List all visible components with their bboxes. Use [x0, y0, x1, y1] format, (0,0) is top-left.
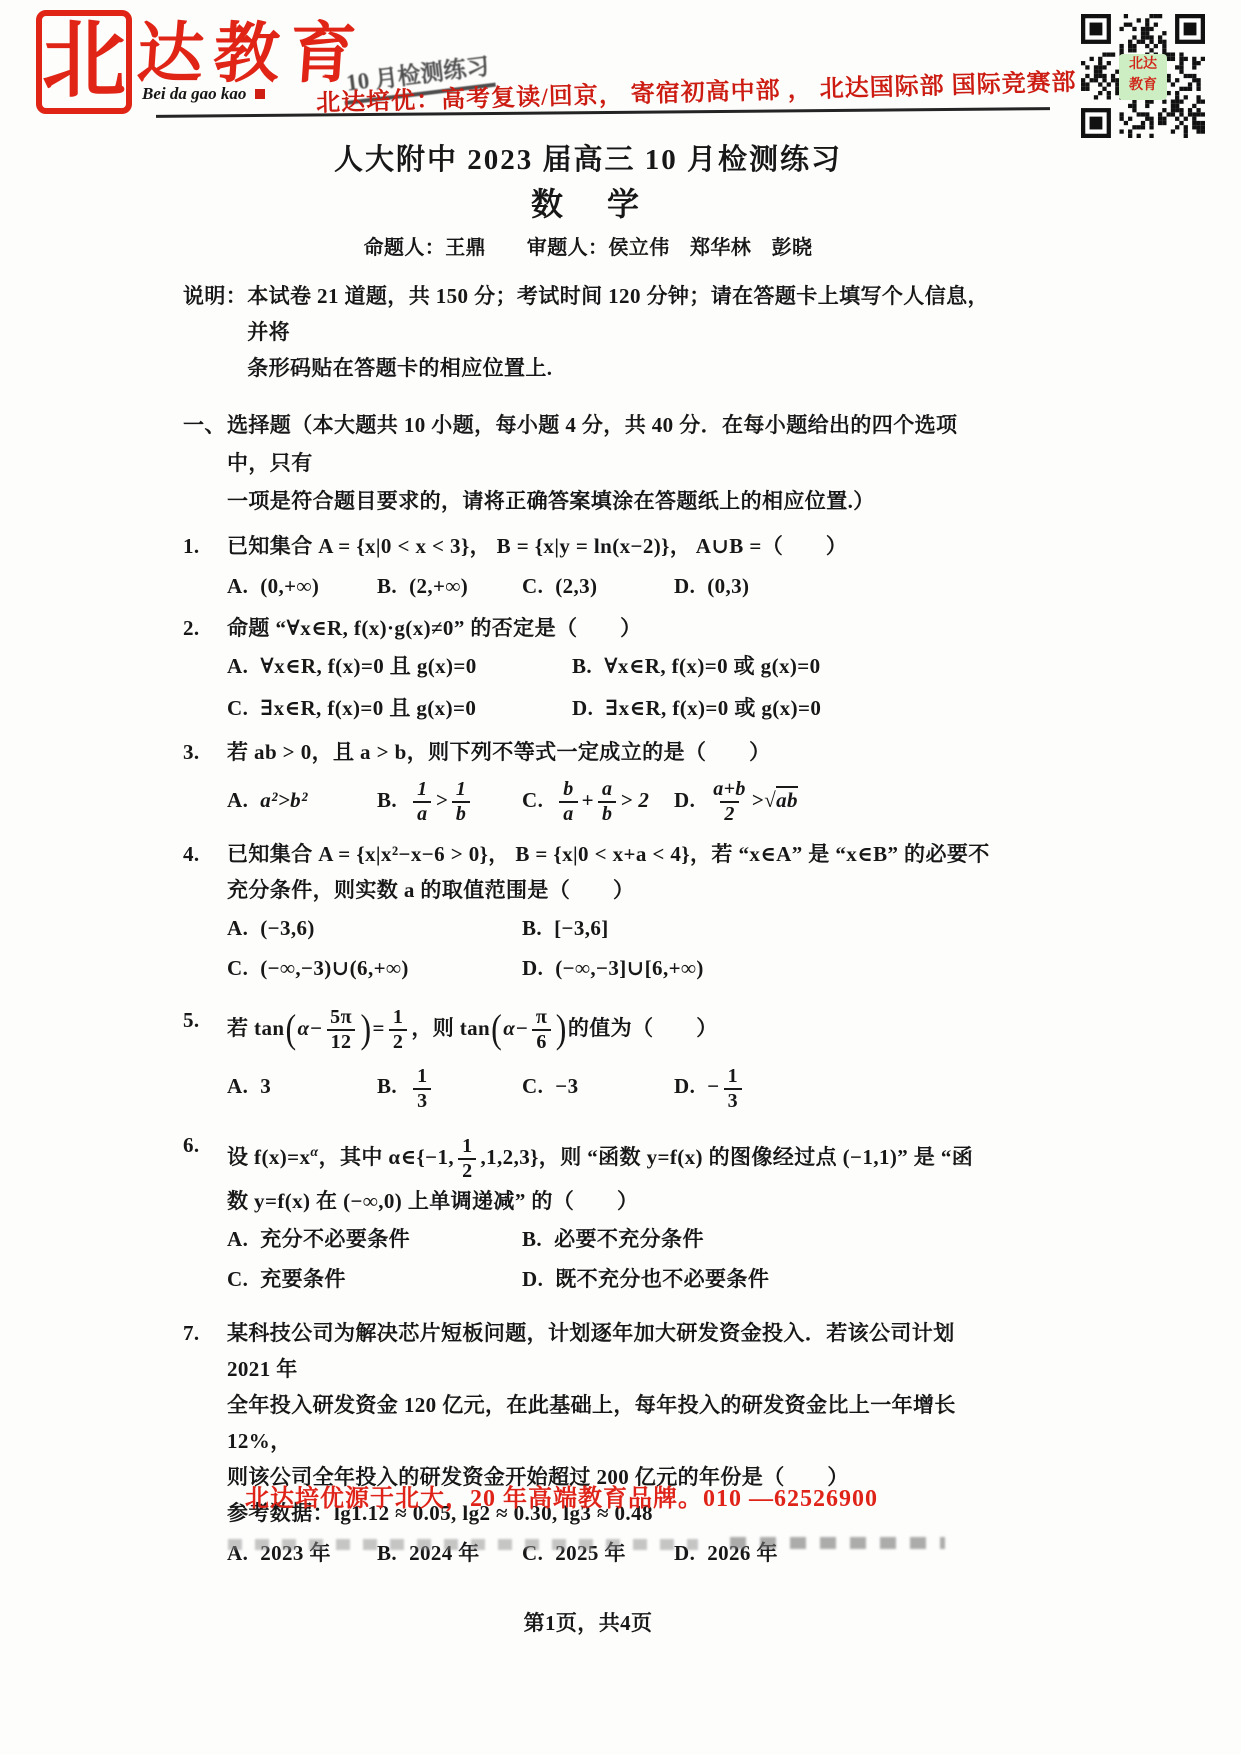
page-title: 人大附中 2023 届高三 10 月检测练习: [183, 140, 993, 180]
question-2: 2. 命题 “∀x∈R, f(x)·g(x)≠0” 的否定是（ ） A.∀x∈R…: [183, 610, 993, 726]
question-2-options: A.∀x∈R, f(x)=0 且 g(x)=0 B.∀x∈R, f(x)=0 或…: [227, 648, 993, 726]
option-d: D.a+b2>√ab: [674, 774, 993, 826]
page-number: 第1页，共4页: [183, 1605, 993, 1641]
question-2-stem: 命题 “∀x∈R, f(x)·g(x)≠0” 的否定是（ ）: [227, 610, 993, 646]
authors-line: 命题人：王鼎 审题人：侯立伟 郑华林 彭晓: [183, 230, 993, 266]
option-d: D.(0,3): [674, 568, 993, 604]
option-c: C.(2,3): [522, 568, 674, 604]
qr-finder-top-right: [1175, 14, 1205, 44]
question-1: 1. 已知集合 A = {x|0 < x < 3}， B = {x|y = ln…: [183, 528, 993, 604]
option-d: D.(−∞,−3]∪[6,+∞): [522, 950, 993, 986]
scan-artifact: [730, 1537, 945, 1549]
question-2-number: 2.: [183, 610, 227, 726]
option-c: C.(−∞,−3)∪(6,+∞): [227, 950, 522, 986]
right-paren: ): [360, 996, 371, 1061]
option-b: B.1a>1b: [377, 774, 522, 826]
instructions-text: 本试卷 21 道题，共 150 分；考试时间 120 分钟；请在答题卡上填写个人…: [247, 278, 993, 386]
brand-stamp-icon: 北: [36, 10, 132, 114]
question-6-stem-line1: 设 f(x)=xα，其中 α∈{−1,12,1,2,3}，则 “函数 y=f(x…: [227, 1127, 993, 1183]
question-4-options: A.(−3,6) B.[−3,6] C.(−∞,−3)∪(6,+∞) D.(−∞…: [227, 910, 993, 986]
question-1-number: 1.: [183, 528, 227, 604]
fraction: 1a: [413, 778, 431, 826]
question-6-options: A.充分不必要条件 B.必要不充分条件 C.充要条件 D.既不充分也不必要条件: [227, 1221, 993, 1297]
section-1-header: 一、 选择题（本大题共 10 小题，每小题 4 分，共 40 分．在每小题给出的…: [183, 406, 993, 520]
section-1-label: 一、: [183, 406, 227, 520]
brand-logo-text: 达教育: [135, 0, 370, 95]
question-1-stem: 已知集合 A = {x|0 < x < 3}， B = {x|y = ln(x−…: [227, 528, 993, 564]
option-b: B.必要不充分条件: [522, 1221, 993, 1257]
question-4-number: 4.: [183, 836, 227, 986]
question-4-stem-line1: 已知集合 A = {x|x²−x−6 > 0}， B = {x|0 < x+a …: [227, 836, 993, 872]
option-a: A.充分不必要条件: [227, 1221, 522, 1257]
option-c: C.−3: [522, 1060, 674, 1112]
question-5: 5. 若 tan(α−5π12)=12，则 tan(α−π6)的值为（ ） A.…: [183, 1002, 993, 1112]
question-1-options: A.(0,+∞) B.(2,+∞) C.(2,3) D.(0,3): [227, 568, 993, 604]
question-3-options: A.a²>b² B.1a>1b C.ba+ab> 2 D.a+b2>√ab: [227, 774, 993, 826]
question-4-stem-line2: 充分条件，则实数 a 的取值范围是（ ）: [227, 872, 993, 908]
question-5-options: A.3 B.13 C.−3 D.−13: [227, 1060, 993, 1112]
qr-finder-top-left: [1081, 14, 1111, 44]
fraction: ab: [598, 778, 616, 826]
option-a: A.3: [227, 1060, 377, 1112]
brand-stamp-char: 北: [42, 15, 126, 108]
option-d: D.−13: [674, 1060, 993, 1112]
question-6-number: 6.: [183, 1127, 227, 1297]
question-6-stem-line2: 数 y=f(x) 在 (−∞,0) 上单调递减” 的（ ）: [227, 1183, 993, 1219]
question-5-number: 5.: [183, 1002, 227, 1112]
question-3-number: 3.: [183, 734, 227, 826]
option-a: A.a²>b²: [227, 774, 377, 826]
fraction: 13: [413, 1065, 431, 1113]
question-4: 4. 已知集合 A = {x|x²−x−6 > 0}， B = {x|0 < x…: [183, 836, 993, 986]
question-6: 6. 设 f(x)=xα，其中 α∈{−1,12,1,2,3}，则 “函数 y=…: [183, 1127, 993, 1297]
fraction: a+b2: [711, 778, 748, 826]
fraction: π6: [532, 1006, 550, 1054]
exam-body: 人大附中 2023 届高三 10 月检测练习 数 学 命题人：王鼎 审题人：侯立…: [183, 140, 993, 1641]
fraction: 1b: [452, 778, 470, 826]
fraction: 5π12: [327, 1006, 356, 1054]
question-7-stem-line1: 某科技公司为解决芯片短板问题，计划逐年加大研发资金投入．若该公司计划 2021 …: [227, 1315, 993, 1387]
subject-title: 数 学: [183, 182, 993, 226]
option-b: B.∀x∈R, f(x)=0 或 g(x)=0: [572, 648, 993, 684]
qr-center-label: 北达 教育: [1119, 54, 1167, 100]
fraction: ba: [559, 778, 577, 826]
scan-artifact: [228, 1539, 698, 1550]
footer-slogan: 北达培优源于北大，20 年高端教育品牌。010 —62526900: [245, 1478, 878, 1513]
option-a: A.(0,+∞): [227, 568, 377, 604]
option-a: A.(−3,6): [227, 910, 522, 946]
option-b: B.(2,+∞): [377, 568, 522, 604]
brand-logo-subtext: Bei da gao kao: [142, 84, 265, 104]
question-3-stem: 若 ab > 0，且 a > b，则下列不等式一定成立的是（ ）: [227, 734, 993, 770]
question-7-number: 7.: [183, 1315, 227, 1571]
instructions-label: 说明：: [183, 278, 247, 386]
option-c: C.ba+ab> 2: [522, 774, 674, 826]
option-b: B.13: [377, 1060, 522, 1112]
fraction: 12: [389, 1006, 407, 1054]
fraction: 12: [458, 1135, 476, 1183]
left-paren: (: [285, 996, 296, 1061]
option-d: D.∃x∈R, f(x)=0 或 g(x)=0: [572, 690, 993, 726]
instructions: 说明： 本试卷 21 道题，共 150 分；考试时间 120 分钟；请在答题卡上…: [183, 278, 993, 386]
option-a: A.∀x∈R, f(x)=0 且 g(x)=0: [227, 648, 572, 684]
qr-finder-bottom-left: [1081, 108, 1111, 138]
option-d: D.既不充分也不必要条件: [522, 1261, 993, 1297]
red-square-icon: [255, 89, 265, 99]
question-5-stem: 若 tan(α−5π12)=12，则 tan(α−π6)的值为（ ）: [227, 1002, 993, 1056]
radical-sign: √: [764, 788, 776, 812]
left-paren: (: [491, 996, 502, 1061]
option-c: C.∃x∈R, f(x)=0 且 g(x)=0: [227, 690, 572, 726]
fraction: 13: [724, 1065, 742, 1113]
right-paren: ): [556, 996, 567, 1061]
brand-logo-sub-label: Bei da gao kao: [142, 84, 246, 103]
qr-code: 北达 教育: [1078, 14, 1208, 138]
question-7: 7. 某科技公司为解决芯片短板问题，计划逐年加大研发资金投入．若该公司计划 20…: [183, 1315, 993, 1571]
option-b: B.[−3,6]: [522, 910, 993, 946]
question-7-stem-line2: 全年投入研发资金 120 亿元，在此基础上，每年投入的研发资金比上一年增长12%…: [227, 1387, 993, 1459]
question-3: 3. 若 ab > 0，且 a > b，则下列不等式一定成立的是（ ） A.a²…: [183, 734, 993, 826]
option-c: C.充要条件: [227, 1261, 522, 1297]
exam-page: 北 达教育 Bei da gao kao 10 月检测练习 北达培优：高考复读/…: [0, 0, 1241, 1754]
exponent: α: [310, 1145, 318, 1160]
section-1-text: 选择题（本大题共 10 小题，每小题 4 分，共 40 分．在每小题给出的四个选…: [227, 406, 993, 520]
